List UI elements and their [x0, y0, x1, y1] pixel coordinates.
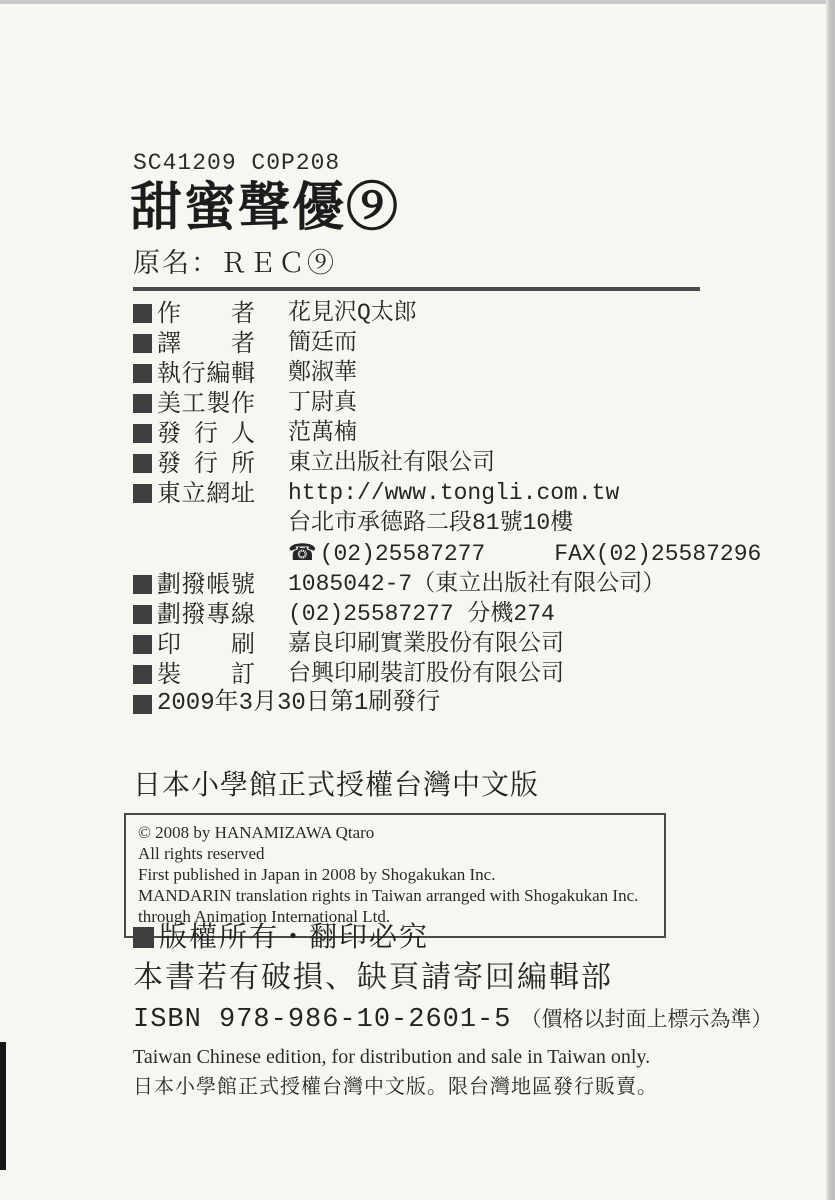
chinese-distribution-notice: 日本小學館正式授權台灣中文版。限台灣地區發行販賣。: [133, 1073, 753, 1100]
credit-row: 劃撥專線 (02)25587277 分機274: [133, 600, 753, 628]
credit-row: 印刷 嘉良印刷實業股份有限公司: [133, 630, 753, 658]
copyright-line: First published in Japan in 2008 by Shog…: [138, 864, 654, 885]
credit-label: 東立網址: [157, 479, 255, 507]
isbn-price-note: （價格以封面上標示為準）: [521, 1007, 773, 1031]
credit-label: 劃撥帳號: [157, 570, 255, 598]
credit-extra-line: 台北市承德路二段81號10樓: [133, 509, 753, 537]
bullet-square-icon: [133, 334, 152, 353]
isbn-number: ISBN 978-986-10-2601-5: [133, 1005, 511, 1035]
license-heading: 日本小學館正式授權台灣中文版: [133, 763, 666, 803]
product-code: SC41209 C0P208: [133, 150, 400, 176]
credit-value: 鄭淑華: [288, 359, 357, 387]
credit-value: 嘉良印刷實業股份有限公司: [288, 630, 564, 658]
credit-label: 印刷: [157, 630, 255, 658]
bullet-square-icon: [133, 575, 152, 594]
scanner-edge-top: [0, 0, 835, 4]
scanned-colophon-page: SC41209 C0P208 甜蜜聲優⑨ 原名：ＲＥＣ⑨ 作者 花見沢Q太郎 譯…: [0, 0, 835, 1200]
bullet-square-icon: [133, 605, 152, 624]
bullet-square-icon: [133, 927, 154, 948]
phone-icon: ☎: [288, 540, 317, 566]
scan-artifact-left-edge: [0, 1042, 6, 1170]
credit-value: 1085042-7（東立出版社有限公司）: [288, 570, 665, 598]
license-section: 日本小學館正式授權台灣中文版 © 2008 by HANAMIZAWA Qtar…: [133, 763, 666, 938]
credit-value: 花見沢Q太郎: [288, 299, 417, 327]
credit-value: 台興印刷裝訂股份有限公司: [288, 660, 564, 688]
copyright-line: All rights reserved: [138, 843, 654, 864]
credit-value: 東立出版社有限公司: [288, 449, 495, 477]
divider-rule: [133, 287, 700, 291]
header-block: SC41209 C0P208 甜蜜聲優⑨ 原名：ＲＥＣ⑨: [133, 150, 400, 280]
credit-value: 簡廷而: [288, 329, 357, 357]
scanner-edge-right: [826, 0, 835, 1200]
credit-row: 裝訂 台興印刷裝訂股份有限公司: [133, 660, 753, 688]
credit-value: 范萬楠: [288, 419, 357, 447]
print-date: 2009年3月30日第1刷發行: [157, 690, 440, 718]
credit-value: (02)25587277 分機274: [288, 600, 555, 628]
bullet-square-icon: [133, 424, 152, 443]
credit-label: 作者: [157, 299, 255, 327]
credit-row: 發行人 范萬楠: [133, 419, 753, 447]
damage-return-notice: 本書若有破損、缺頁請寄回編輯部: [133, 959, 753, 997]
isbn-row: ISBN 978-986-10-2601-5 （價格以封面上標示為準）: [133, 1002, 753, 1038]
book-title: 甜蜜聲優⑨: [130, 179, 400, 236]
credit-row: 美工製作 丁尉真: [133, 389, 753, 417]
credit-label: 美工製作: [157, 389, 255, 417]
bullet-square-icon: [133, 304, 152, 323]
credit-row: 作者 花見沢Q太郎: [133, 299, 753, 327]
credits-list: 作者 花見沢Q太郎 譯者 簡廷而 執行編輯 鄭淑華 美工製作 丁尉真 發行人 范…: [133, 299, 753, 688]
bullet-square-icon: [133, 364, 152, 383]
print-date-row: 2009年3月30日第1刷發行: [133, 690, 753, 718]
credit-label: 發行人: [157, 419, 255, 447]
credit-value: http://www.tongli.com.tw: [288, 479, 619, 507]
credit-extra-line: ☎(02)25587277 FAX(02)25587296: [133, 539, 753, 568]
bullet-square-icon: [133, 454, 152, 473]
credit-row: 東立網址 http://www.tongli.com.tw: [133, 479, 753, 507]
bullet-square-icon: [133, 665, 152, 684]
rights-notice: 版權所有・翻印必究: [159, 920, 429, 954]
credit-row: 譯者 簡廷而: [133, 329, 753, 357]
credit-label: 裝訂: [157, 660, 255, 688]
credits-block: 作者 花見沢Q太郎 譯者 簡廷而 執行編輯 鄭淑華 美工製作 丁尉真 發行人 范…: [133, 299, 753, 720]
copyright-line: MANDARIN translation rights in Taiwan ar…: [138, 885, 654, 906]
copyright-line: © 2008 by HANAMIZAWA Qtaro: [138, 822, 654, 843]
bullet-square-icon: [133, 695, 152, 714]
footer-section: 版權所有・翻印必究 本書若有破損、缺頁請寄回編輯部 ISBN 978-986-1…: [133, 920, 753, 1100]
bullet-square-icon: [133, 635, 152, 654]
credit-row: 劃撥帳號 1085042-7（東立出版社有限公司）: [133, 570, 753, 598]
credit-row: 執行編輯 鄭淑華: [133, 359, 753, 387]
credit-label: 譯者: [157, 329, 255, 357]
credit-value: 丁尉真: [288, 389, 357, 417]
rights-notice-row: 版權所有・翻印必究: [133, 920, 753, 954]
credit-label: 劃撥專線: [157, 600, 255, 628]
bullet-square-icon: [133, 484, 152, 503]
original-title: 原名：ＲＥＣ⑨: [133, 241, 400, 280]
credit-row: 發行所 東立出版社有限公司: [133, 449, 753, 477]
bullet-square-icon: [133, 394, 152, 413]
credit-label: 發行所: [157, 449, 255, 477]
english-distribution-notice: Taiwan Chinese edition, for distribution…: [133, 1045, 753, 1070]
credit-label: 執行編輯: [157, 359, 255, 387]
